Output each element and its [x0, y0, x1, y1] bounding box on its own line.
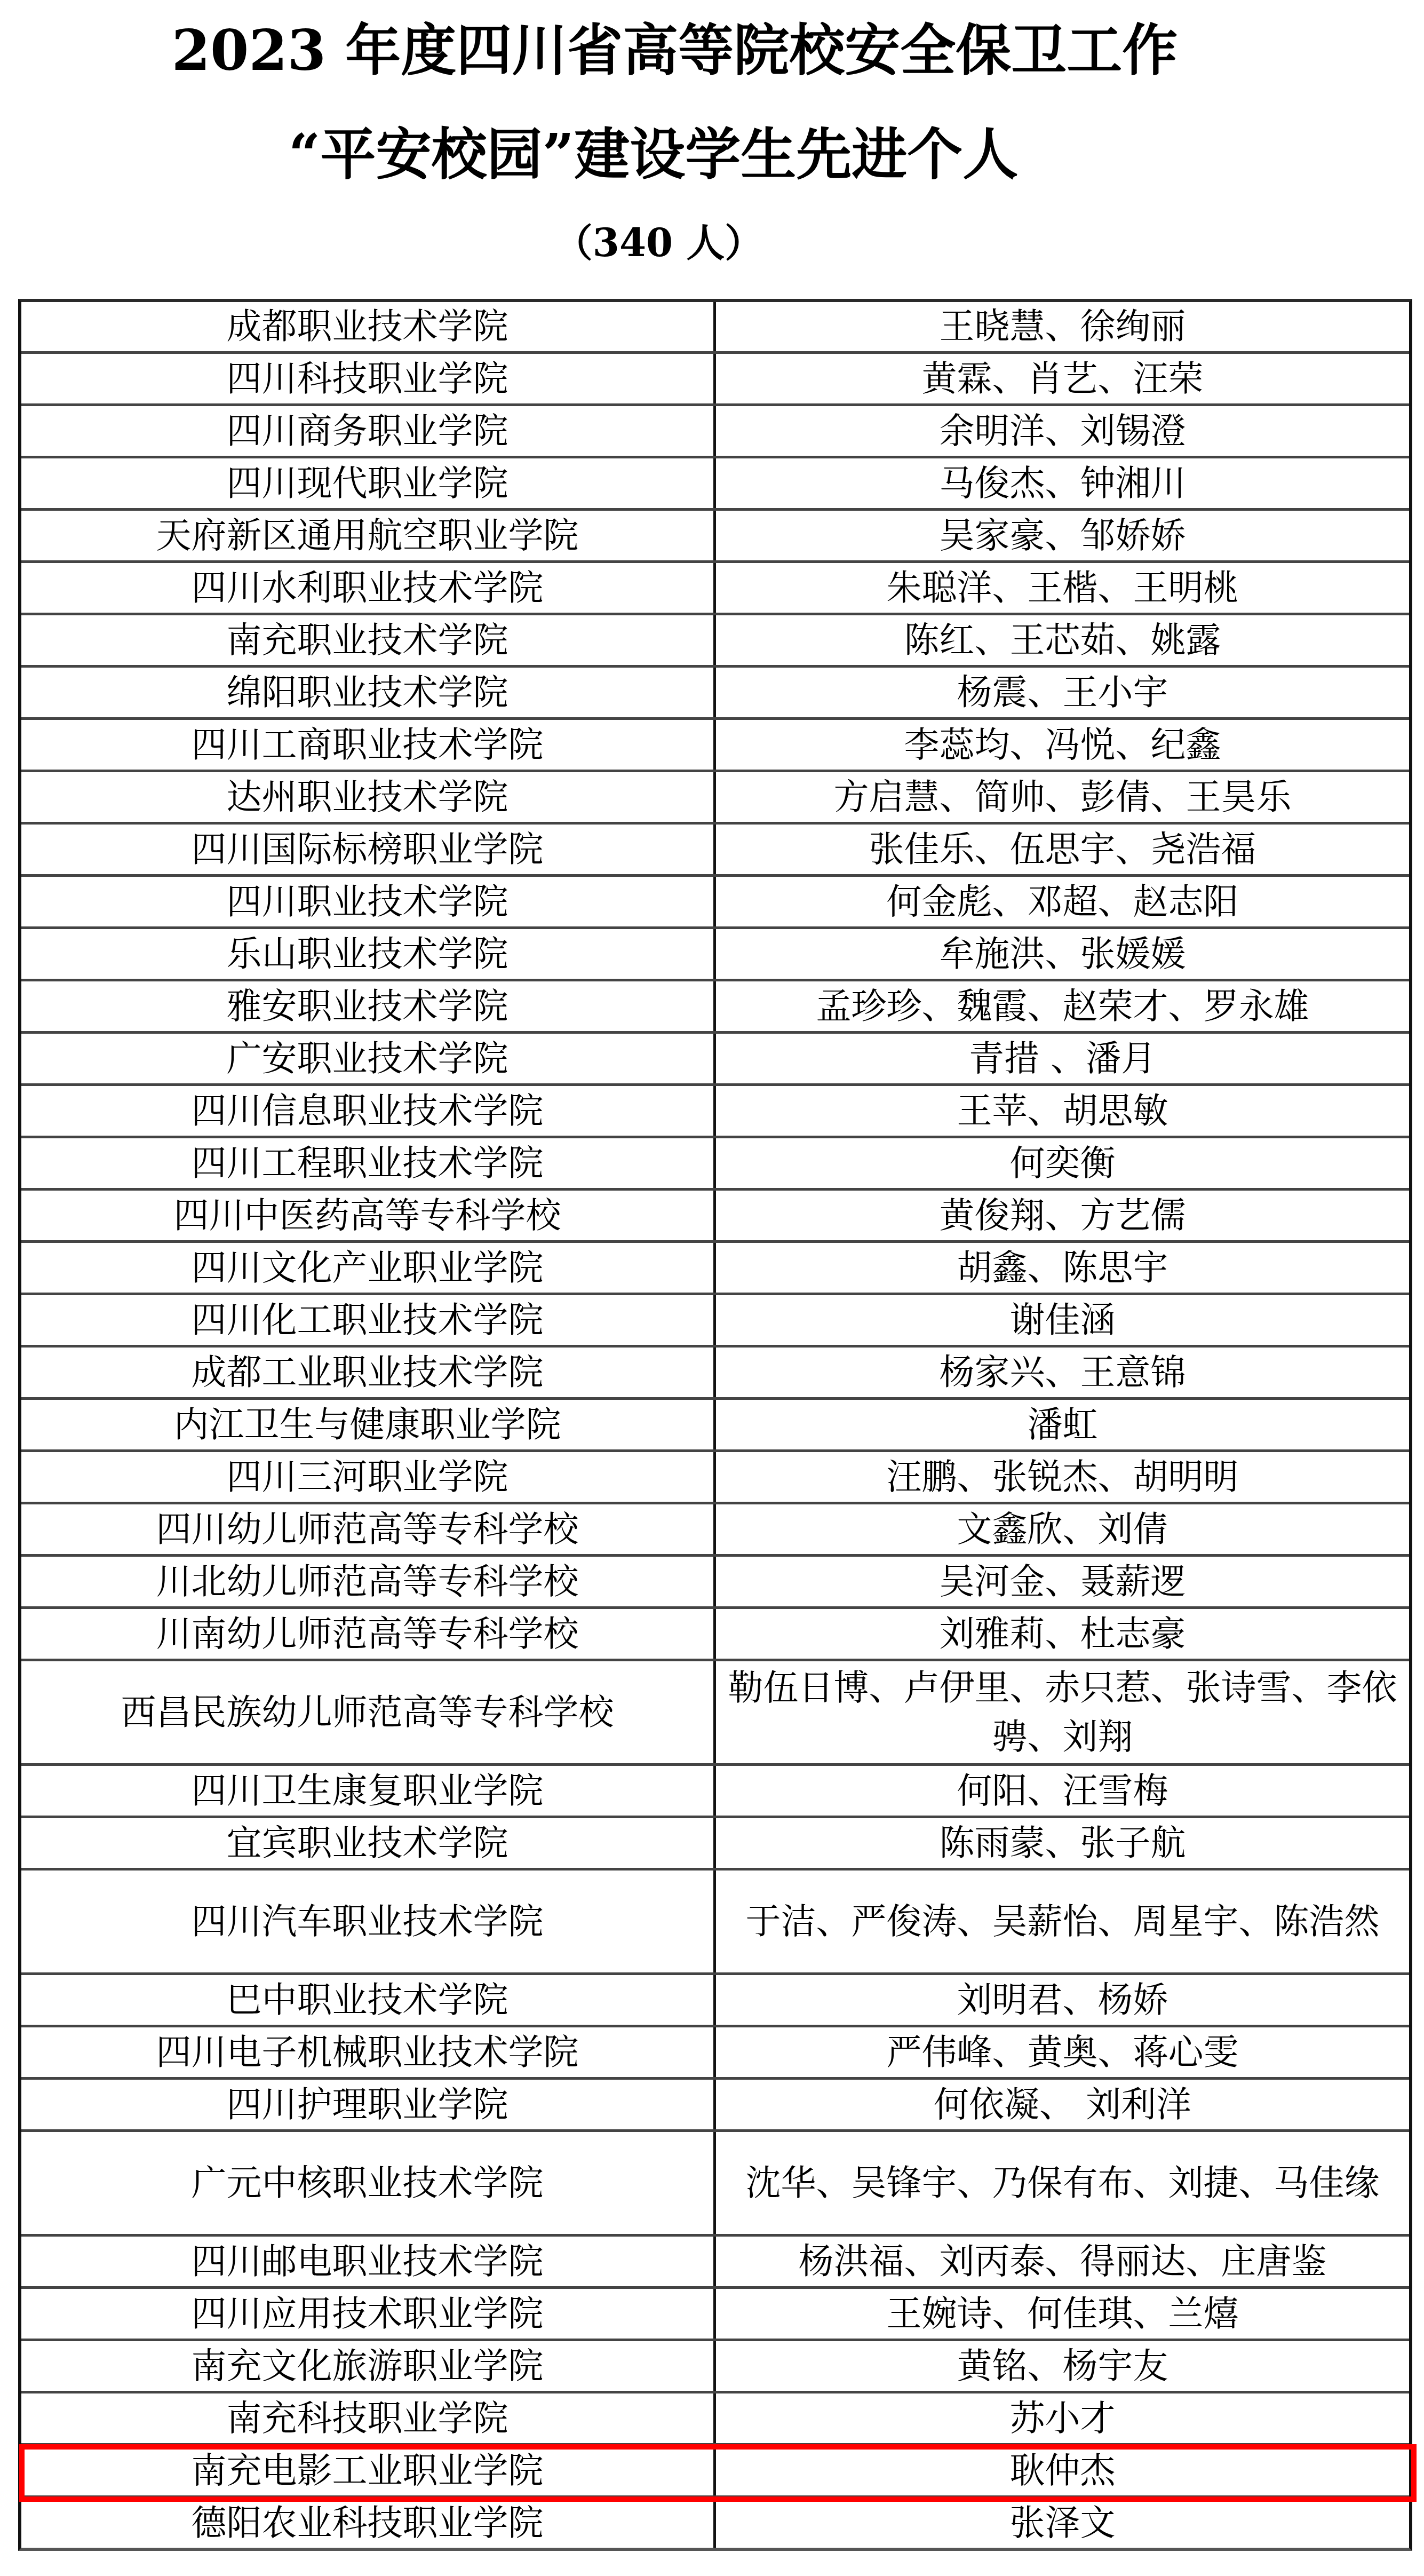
school-cell: 德阳农业科技职业学院: [21, 2498, 716, 2548]
school-cell: 广元中核职业技术学院: [21, 2132, 716, 2234]
school-cell: 天府新区通用航空职业学院: [21, 511, 716, 560]
school-cell: 西昌民族幼儿师范高等专科学校: [21, 1661, 716, 1763]
awardee-count: （340 人）: [0, 216, 1371, 270]
school-cell: 四川幼儿师范高等专科学校: [21, 1504, 716, 1554]
names-cell: 勒伍日博、卢伊里、赤只惹、张诗雪、李依骋、刘翔: [716, 1661, 1409, 1763]
school-cell: 绵阳职业技术学院: [21, 668, 716, 717]
names-cell: 孟珍珍、魏霞、赵荣才、罗永雄: [716, 981, 1409, 1031]
names-cell: 胡鑫、陈思宇: [716, 1243, 1409, 1293]
names-cell: 李蕊均、冯悦、纪鑫: [716, 720, 1409, 770]
names-cell: 何依凝、 刘利洋: [716, 2080, 1409, 2129]
names-cell: 刘明君、杨娇: [716, 1975, 1409, 2025]
names-cell: 汪鹏、张锐杰、胡明明: [716, 1452, 1409, 1502]
names-cell: 王婉诗、何佳琪、兰熺: [716, 2289, 1409, 2339]
names-cell: 王苹、胡思敏: [716, 1086, 1409, 1136]
school-cell: 广安职业技术学院: [21, 1034, 716, 1083]
names-cell: 文鑫欣、刘倩: [716, 1504, 1409, 1554]
school-cell: 南充电影工业职业学院: [21, 2446, 716, 2495]
names-cell: 马俊杰、钟湘川: [716, 458, 1409, 508]
school-cell: 成都工业职业技术学院: [21, 1348, 716, 1397]
names-cell: 何金彪、邓超、赵志阳: [716, 877, 1409, 926]
names-cell: 刘雅莉、杜志豪: [716, 1609, 1409, 1659]
names-cell: 杨震、王小宇: [716, 668, 1409, 717]
school-cell: 四川工程职业技术学院: [21, 1138, 716, 1188]
names-cell: 黄俊翔、方艺儒: [716, 1191, 1409, 1240]
table-row: 四川中医药高等专科学校黄俊翔、方艺儒: [21, 1188, 1409, 1240]
school-cell: 四川三河职业学院: [21, 1452, 716, 1502]
school-cell: 四川电子机械职业技术学院: [21, 2027, 716, 2077]
table-row: 川南幼儿师范高等专科学校刘雅莉、杜志豪: [21, 1606, 1409, 1659]
table-row: 西昌民族幼儿师范高等专科学校勒伍日博、卢伊里、赤只惹、张诗雪、李依骋、刘翔: [21, 1659, 1409, 1763]
school-cell: 四川科技职业学院: [21, 354, 716, 403]
table-row: 达州职业技术学院方启慧、简帅、彭倩、王昊乐: [21, 770, 1409, 822]
names-cell: 杨洪福、刘丙泰、得丽达、庄唐鉴: [716, 2237, 1409, 2286]
school-cell: 四川水利职业技术学院: [21, 563, 716, 613]
table-row: 四川电子机械职业技术学院严伟峰、黄奥、蒋心雯: [21, 2025, 1409, 2077]
school-cell: 内江卫生与健康职业学院: [21, 1400, 716, 1449]
school-cell: 巴中职业技术学院: [21, 1975, 716, 2025]
table-row: 四川汽车职业技术学院于洁、严俊涛、吴薪怡、周星宇、陈浩然: [21, 1868, 1409, 1972]
names-cell: 于洁、严俊涛、吴薪怡、周星宇、陈浩然: [716, 1870, 1409, 1972]
table-row: 成都工业职业技术学院杨家兴、王意锦: [21, 1345, 1409, 1397]
school-cell: 四川国际标榜职业学院: [21, 825, 716, 874]
table-row: 四川卫生康复职业学院何阳、汪雪梅: [21, 1763, 1409, 1816]
table-row: 四川护理职业学院何依凝、 刘利洋: [21, 2077, 1409, 2129]
table-row: 四川化工职业技术学院谢佳涵: [21, 1293, 1409, 1345]
table-row: 天府新区通用航空职业学院吴家豪、邹娇娇: [21, 508, 1409, 560]
school-cell: 四川文化产业职业学院: [21, 1243, 716, 1293]
names-cell: 王晓慧、徐绚丽: [716, 302, 1409, 351]
table-row: 成都职业技术学院王晓慧、徐绚丽: [21, 302, 1409, 351]
school-cell: 川北幼儿师范高等专科学校: [21, 1557, 716, 1606]
names-cell: 杨家兴、王意锦: [716, 1348, 1409, 1397]
table-row: 雅安职业技术学院孟珍珍、魏霞、赵荣才、罗永雄: [21, 979, 1409, 1031]
table-row: 川北幼儿师范高等专科学校吴河金、聂薪逻: [21, 1554, 1409, 1606]
school-cell: 乐山职业技术学院: [21, 929, 716, 979]
names-cell: 陈雨蒙、张子航: [716, 1818, 1409, 1868]
school-cell: 成都职业技术学院: [21, 302, 716, 351]
table-row: 绵阳职业技术学院杨震、王小宇: [21, 665, 1409, 717]
school-cell: 四川卫生康复职业学院: [21, 1766, 716, 1816]
school-cell: 四川汽车职业技术学院: [21, 1870, 716, 1972]
school-cell: 宜宾职业技术学院: [21, 1818, 716, 1868]
table-row: 内江卫生与健康职业学院潘虹: [21, 1397, 1409, 1449]
names-cell: 余明洋、刘锡澄: [716, 406, 1409, 456]
names-cell: 吴家豪、邹娇娇: [716, 511, 1409, 560]
school-cell: 四川化工职业技术学院: [21, 1295, 716, 1345]
table-row: 四川文化产业职业学院胡鑫、陈思宇: [21, 1240, 1409, 1293]
table-row: 四川商务职业学院余明洋、刘锡澄: [21, 403, 1409, 456]
table-row: 南充科技职业学院苏小才: [21, 2391, 1409, 2443]
school-cell: 四川商务职业学院: [21, 406, 716, 456]
names-cell: 吴河金、聂薪逻: [716, 1557, 1409, 1606]
names-cell: 沈华、吴锋宇、乃保有布、刘捷、马佳缘: [716, 2132, 1409, 2234]
school-cell: 四川中医药高等专科学校: [21, 1191, 716, 1240]
school-cell: 南充文化旅游职业学院: [21, 2341, 716, 2391]
table-row: 四川三河职业学院汪鹏、张锐杰、胡明明: [21, 1449, 1409, 1502]
school-cell: 四川应用技术职业学院: [21, 2289, 716, 2339]
school-cell: 川南幼儿师范高等专科学校: [21, 1609, 716, 1659]
table-row: 四川幼儿师范高等专科学校文鑫欣、刘倩: [21, 1502, 1409, 1554]
names-cell: 严伟峰、黄奥、蒋心雯: [716, 2027, 1409, 2077]
table-row: 四川工程职业技术学院何奕衡: [21, 1136, 1409, 1188]
school-cell: 南充科技职业学院: [21, 2393, 716, 2443]
table-row: 四川邮电职业技术学院杨洪福、刘丙泰、得丽达、庄唐鉴: [21, 2234, 1409, 2286]
table-row: 广安职业技术学院青措 、潘月: [21, 1031, 1409, 1083]
table-row: 广元中核职业技术学院沈华、吴锋宇、乃保有布、刘捷、马佳缘: [21, 2129, 1409, 2234]
names-cell: 陈红、王芯茹、姚露: [716, 615, 1409, 665]
names-cell: 潘虹: [716, 1400, 1409, 1449]
table-row: 四川科技职业学院黄霖、肖艺、汪荣: [21, 351, 1409, 403]
names-cell: 谢佳涵: [716, 1295, 1409, 1345]
table-row: 巴中职业技术学院刘明君、杨娇: [21, 1972, 1409, 2025]
school-cell: 雅安职业技术学院: [21, 981, 716, 1031]
names-cell: 张泽文: [716, 2498, 1409, 2548]
document-title-line2: “平安校园”建设学生先进个人: [0, 120, 1365, 189]
names-cell: 朱聪洋、王楷、王明桃: [716, 563, 1409, 613]
table-row: 南充电影工业职业学院耿仲杰: [21, 2443, 1409, 2495]
table-row: 德阳农业科技职业学院张泽文: [21, 2495, 1409, 2548]
table-row: 四川职业技术学院何金彪、邓超、赵志阳: [21, 874, 1409, 926]
names-cell: 苏小才: [716, 2393, 1409, 2443]
table-row: 四川现代职业学院马俊杰、钟湘川: [21, 456, 1409, 508]
table-row: 四川国际标榜职业学院张佳乐、伍思宇、尧浩福: [21, 822, 1409, 874]
school-cell: 四川工商职业技术学院: [21, 720, 716, 770]
table-row: 四川信息职业技术学院王苹、胡思敏: [21, 1083, 1409, 1136]
school-cell: 四川现代职业学院: [21, 458, 716, 508]
table-row: 四川工商职业技术学院李蕊均、冯悦、纪鑫: [21, 717, 1409, 770]
table-row: 宜宾职业技术学院陈雨蒙、张子航: [21, 1816, 1409, 1868]
school-cell: 四川信息职业技术学院: [21, 1086, 716, 1136]
table-row: 南充文化旅游职业学院黄铭、杨宇友: [21, 2339, 1409, 2391]
award-table: 成都职业技术学院王晓慧、徐绚丽四川科技职业学院黄霖、肖艺、汪荣四川商务职业学院余…: [18, 299, 1412, 2551]
names-cell: 青措 、潘月: [716, 1034, 1409, 1083]
school-cell: 四川护理职业学院: [21, 2080, 716, 2129]
table-row: 四川应用技术职业学院王婉诗、何佳琪、兰熺: [21, 2286, 1409, 2339]
school-cell: 南充职业技术学院: [21, 615, 716, 665]
names-cell: 黄铭、杨宇友: [716, 2341, 1409, 2391]
names-cell: 何阳、汪雪梅: [716, 1766, 1409, 1816]
names-cell: 张佳乐、伍思宇、尧浩福: [716, 825, 1409, 874]
names-cell: 何奕衡: [716, 1138, 1409, 1188]
table-row: 南充职业技术学院陈红、王芯茹、姚露: [21, 613, 1409, 665]
names-cell: 方启慧、简帅、彭倩、王昊乐: [716, 772, 1409, 822]
document-title-line1: 2023 年度四川省高等院校安全保卫工作: [0, 16, 1387, 85]
names-cell: 耿仲杰: [716, 2446, 1409, 2495]
school-cell: 达州职业技术学院: [21, 772, 716, 822]
table-row: 四川水利职业技术学院朱聪洋、王楷、王明桃: [21, 560, 1409, 613]
school-cell: 四川职业技术学院: [21, 877, 716, 926]
table-row: 乐山职业技术学院牟施洪、张媛媛: [21, 926, 1409, 979]
school-cell: 四川邮电职业技术学院: [21, 2237, 716, 2286]
names-cell: 牟施洪、张媛媛: [716, 929, 1409, 979]
names-cell: 黄霖、肖艺、汪荣: [716, 354, 1409, 403]
